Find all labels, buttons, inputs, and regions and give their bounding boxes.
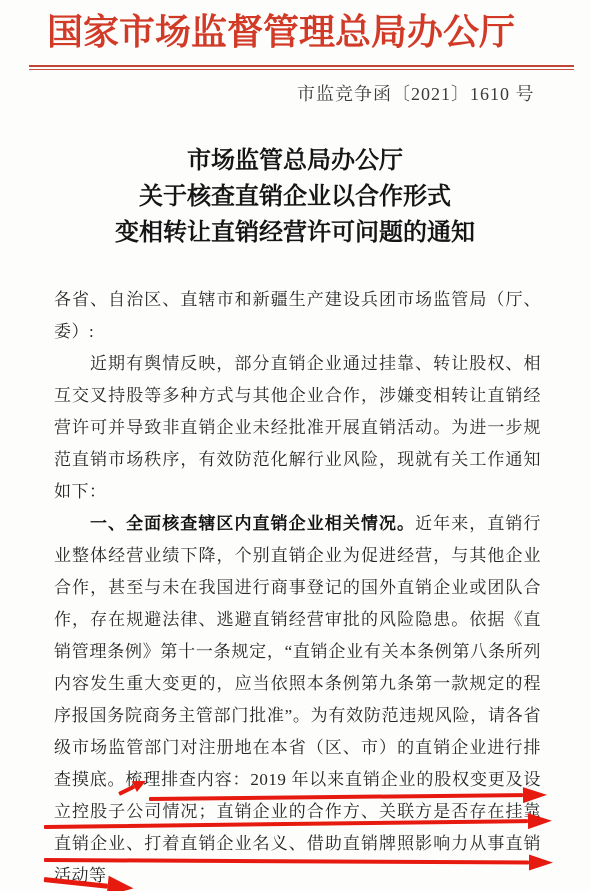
body-line: 级市场监管部门对注册地在本省（区、市）的直销企业进行排: [54, 732, 541, 764]
document-title-line-2: 关于核查直销企业以合作形式: [0, 179, 590, 215]
body-line: 作，存在规避法律、逃避直销经营审批的风险隐患。依据《直: [54, 604, 541, 636]
document-number: 市监竞争函〔2021〕1610 号: [297, 83, 535, 105]
body-line: 内容发生重大变更的，应当依照本条例第九条第一款规定的程: [54, 668, 541, 700]
body-line: 近期有舆情反映，部分直销企业通过挂靠、转让股权、相: [54, 348, 541, 380]
section-heading-bold: 一、全面核查辖区内直销企业相关情况。: [90, 514, 415, 533]
body-line: 各省、自治区、直辖市和新疆生产建设兵团市场监管局（厅、: [54, 284, 541, 316]
body-line: 如下：: [54, 476, 541, 508]
body-line: 委）:: [54, 316, 541, 348]
body-line-section-heading: 一、全面核查辖区内直销企业相关情况。近年来，直销行: [54, 508, 541, 540]
body-line: 业整体经营业绩下降，个别直销企业为促进经营，与其他企业: [54, 540, 541, 572]
document-title-line-1: 市场监管总局办公厅: [0, 143, 590, 179]
red-underline-arrow-icon-3: [44, 852, 553, 871]
document-page: 国家市场监督管理总局办公厅 市监竞争函〔2021〕1610 号 市场监管总局办公…: [0, 0, 590, 891]
body-line: 营许可并导致非直销企业未经批准开展直销活动。为进一步规: [54, 412, 541, 444]
document-title: 市场监管总局办公厅 关于核查直销企业以合作形式 变相转让直销经营许可问题的通知: [0, 143, 590, 251]
letterhead-title: 国家市场监督管理总局办公厅: [47, 8, 515, 56]
rule-line-bottom: [29, 69, 574, 70]
body-line: 范直销市场秩序，有效防范化解行业风险，现就有关工作通知: [54, 444, 541, 476]
document-title-line-3: 变相转让直销经营许可问题的通知: [0, 215, 590, 251]
body-line: 序报国务院商务主管部门批准”。为有效防范违规风险，请各省: [54, 700, 541, 732]
section-heading-rest: 近年来，直销行: [415, 514, 541, 533]
body-line: 销管理条例》第十一条规定，“直销企业有关本条例第八条所列: [54, 636, 541, 668]
letterhead-rule: [29, 65, 574, 70]
body-line: 互交叉持股等多种方式与其他企业合作，涉嫌变相转让直销经: [54, 380, 541, 412]
body-line: 合作，甚至与未在我国进行商事登记的国外直销企业或团队合: [54, 572, 541, 604]
